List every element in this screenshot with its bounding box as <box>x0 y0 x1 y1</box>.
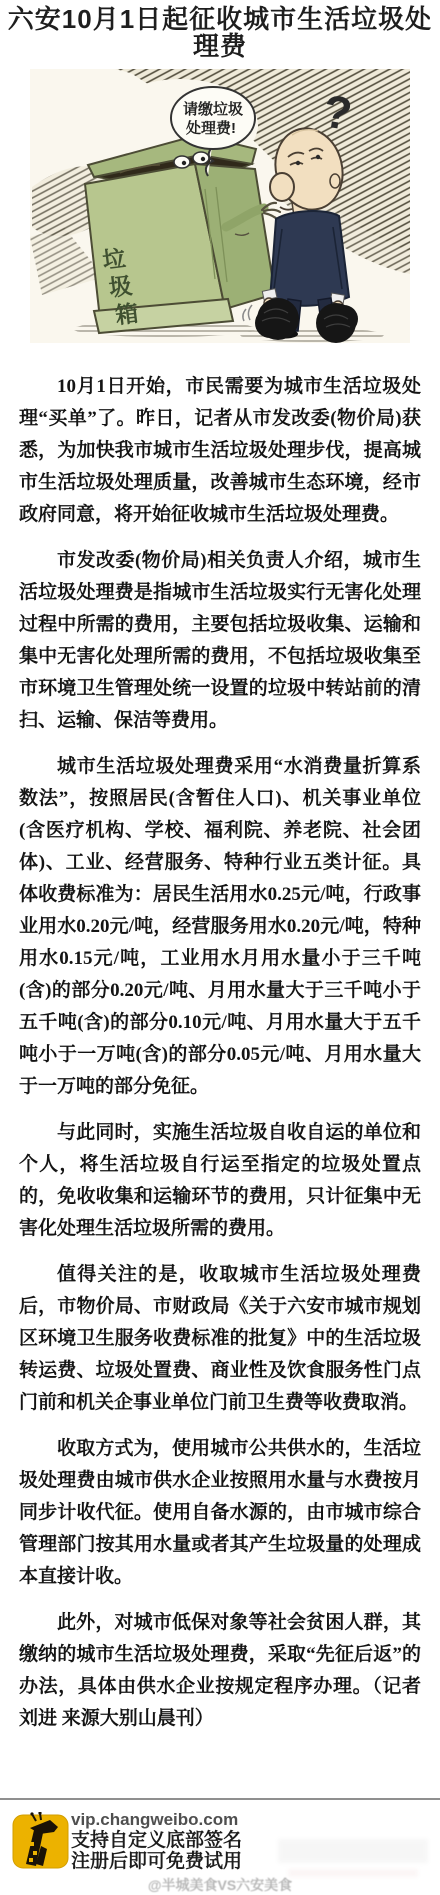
author-watermark: @半城美食VS六安美食 <box>0 1875 440 1895</box>
bin-label-char-1: 垃 <box>101 245 127 274</box>
changweibo-giraffe-logo <box>12 1812 69 1869</box>
paragraph-6: 收取方式为，使用城市公共供水的，生活垃圾处理费由城市供水企业按照用水量与水费按月… <box>19 1433 421 1593</box>
bin-label-char-3: 箱 <box>114 300 140 329</box>
footer: vip.changweibo.com 支持自定义底部签名 注册后即可免费试用 @… <box>0 1798 440 1895</box>
bubble-text-line-2: 处理费! <box>186 119 236 137</box>
footer-text-block: vip.changweibo.com 支持自定义底部签名 注册后即可免费试用 <box>71 1810 242 1872</box>
article-body: 10月1日开始，市民需要为城市生活垃圾处理“买单”了。昨日，记者从市发改委(物价… <box>0 371 440 1735</box>
man-nose <box>270 173 294 201</box>
bin-label-char-2: 圾 <box>107 272 133 301</box>
page-title-line-1: 六安10月1日起征收城市生活垃圾处 <box>0 6 440 33</box>
footer-slogan-line-2: 注册后即可免费试用 <box>71 1851 242 1872</box>
changweibo-link[interactable]: vip.changweibo.com <box>71 1810 242 1830</box>
long-weibo-page: 六安10月1日起征收城市生活垃圾处 理费 <box>0 0 440 1895</box>
man-ear <box>330 174 340 188</box>
cartoon-illustration: 垃 圾 箱 请缴垃圾 处理费! ? <box>30 69 410 343</box>
paragraph-1: 10月1日开始，市民需要为城市生活垃圾处理“买单”了。昨日，记者从市发改委(物价… <box>19 371 421 531</box>
bubble-text-line-1: 请缴垃圾 <box>183 100 243 118</box>
paragraph-5: 值得关注的是，收取城市生活垃圾处理费后，市物价局、市财政局《关于六安市城市规划区… <box>19 1259 421 1419</box>
footer-slogan-line-1: 支持自定义底部签名 <box>71 1830 242 1851</box>
faded-source-watermark <box>278 1837 428 1879</box>
paragraph-4: 与此同时，实施生活垃圾自收自运的单位和个人，将生活垃圾自行运至指定的垃圾处置点的… <box>19 1117 421 1245</box>
paragraph-2: 市发改委(物价局)相关负责人介绍，城市生活垃圾处理费是指城市生活垃圾实行无害化处… <box>19 545 421 737</box>
paragraph-7: 此外，对城市低保对象等社会贫困人群，其缴纳的城市生活垃圾处理费，采取“先征后返”… <box>19 1607 421 1735</box>
page-title-line-2: 理费 <box>0 33 440 60</box>
paragraph-3: 城市生活垃圾处理费采用“水消费量折算系数法”，按照居民(含暂住人口)、机关事业单… <box>19 751 421 1103</box>
page-title: 六安10月1日起征收城市生活垃圾处 理费 <box>0 0 440 60</box>
